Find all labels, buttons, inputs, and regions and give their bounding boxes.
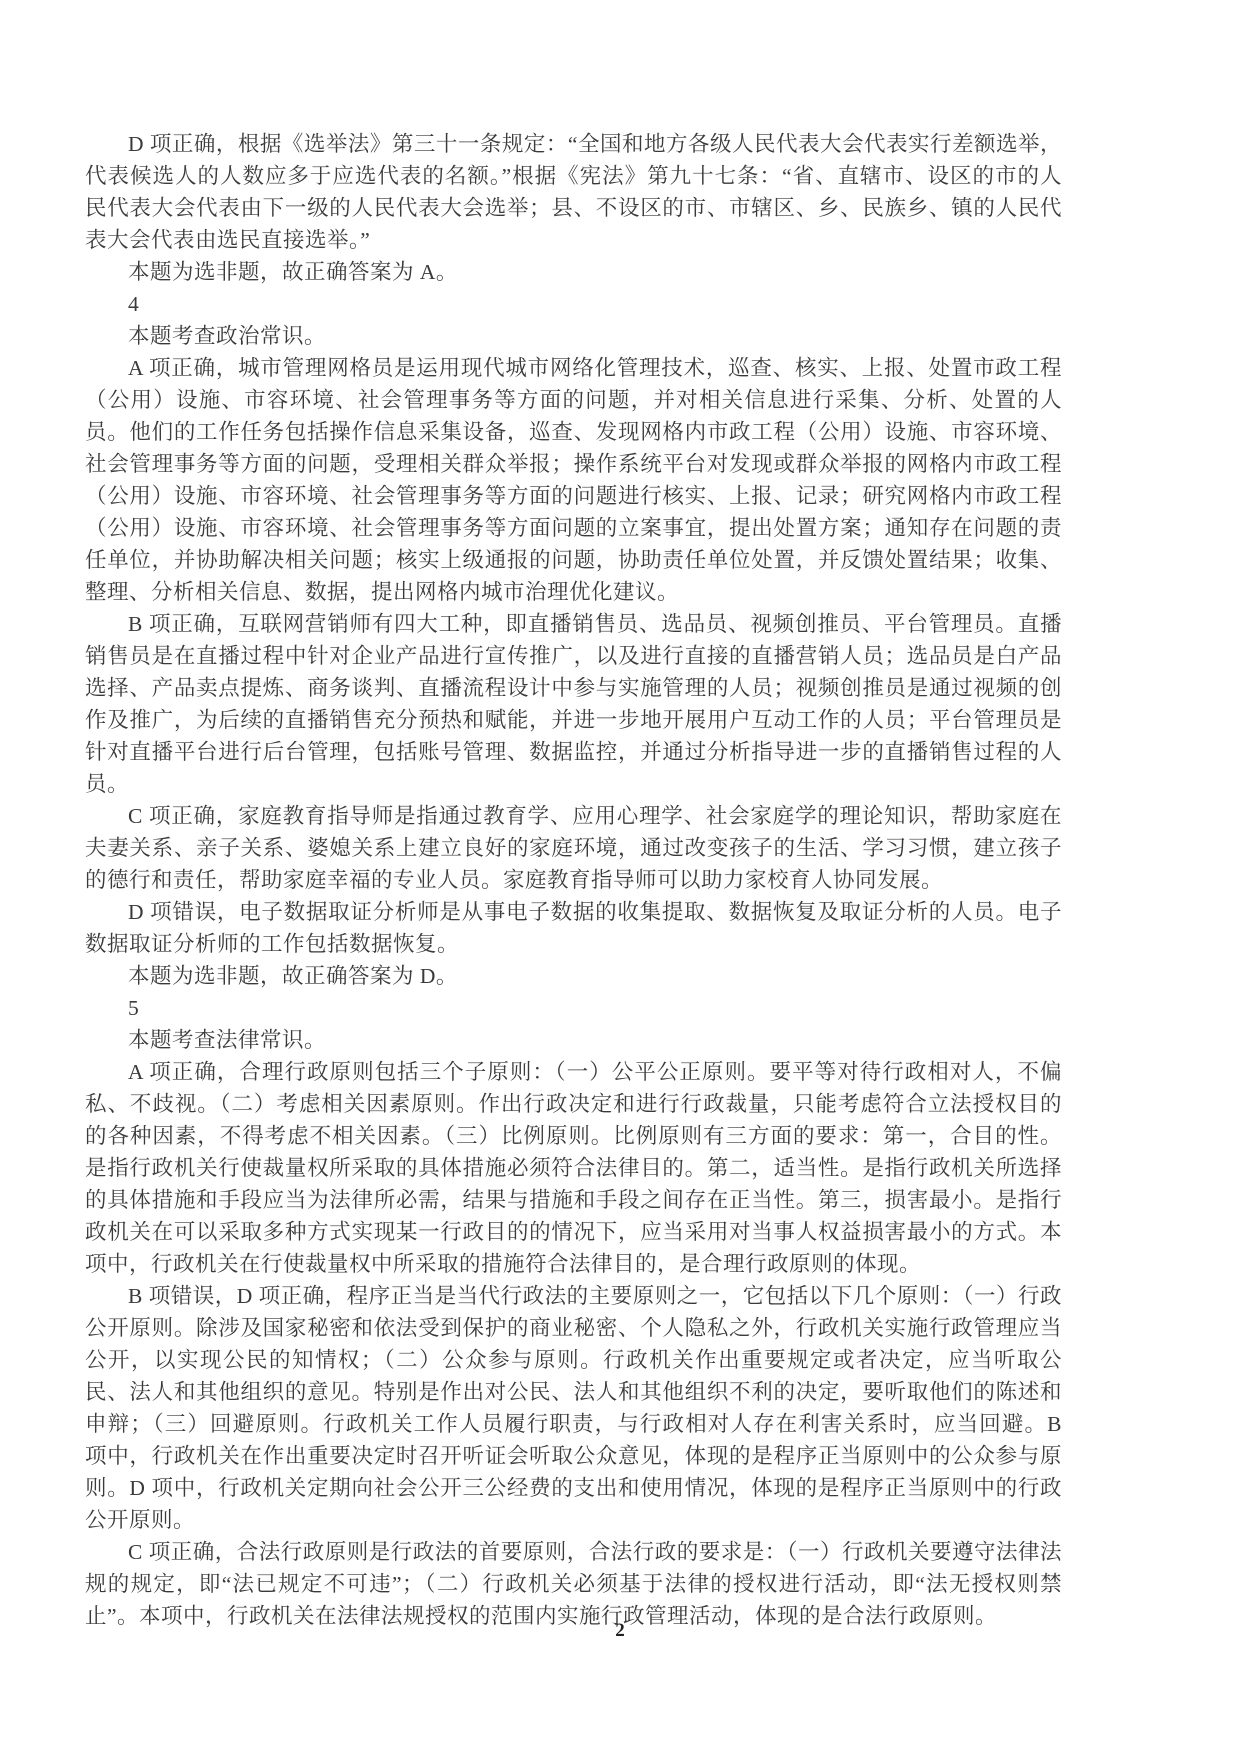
paragraph-answer-a-q4: A 项正确，城市管理网格员是运用现代城市网络化管理技术，巡查、核实、上报、处置市…: [85, 352, 1062, 608]
paragraph-topic-q4: 本题考查政治常识。: [85, 320, 1062, 352]
paragraph-conclusion-q3: 本题为选非题，故正确答案为 A。: [85, 256, 1062, 288]
paragraph-conclusion-q4: 本题为选非题，故正确答案为 D。: [85, 960, 1062, 992]
page-number: 2: [0, 1620, 1240, 1642]
paragraph-answer-c-q4: C 项正确，家庭教育指导师是指通过教育学、应用心理学、社会家庭学的理论知识，帮助…: [85, 800, 1062, 896]
paragraph-answer-c-q5: C 项正确，合法行政原则是行政法的首要原则，合法行政的要求是：（一）行政机关要遵…: [85, 1536, 1062, 1632]
question-number-5: 5: [85, 992, 1062, 1024]
question-number-4: 4: [85, 288, 1062, 320]
paragraph-topic-q5: 本题考查法律常识。: [85, 1024, 1062, 1056]
paragraph-answer-bd-q5: B 项错误，D 项正确，程序正当是当代行政法的主要原则之一，它包括以下几个原则：…: [85, 1280, 1062, 1536]
document-body: D 项正确，根据《选举法》第三十一条规定：“全国和地方各级人民代表大会代表实行差…: [85, 128, 1062, 1632]
document-page: D 项正确，根据《选举法》第三十一条规定：“全国和地方各级人民代表大会代表实行差…: [0, 0, 1240, 1754]
paragraph-answer-a-q5: A 项正确，合理行政原则包括三个子原则：（一）公平公正原则。要平等对待行政相对人…: [85, 1056, 1062, 1280]
paragraph-answer-d-q4: D 项错误，电子数据取证分析师是从事电子数据的收集提取、数据恢复及取证分析的人员…: [85, 896, 1062, 960]
paragraph-answer-d-q3: D 项正确，根据《选举法》第三十一条规定：“全国和地方各级人民代表大会代表实行差…: [85, 128, 1062, 256]
paragraph-answer-b-q4: B 项正确，互联网营销师有四大工种，即直播销售员、选品员、视频创推员、平台管理员…: [85, 608, 1062, 800]
